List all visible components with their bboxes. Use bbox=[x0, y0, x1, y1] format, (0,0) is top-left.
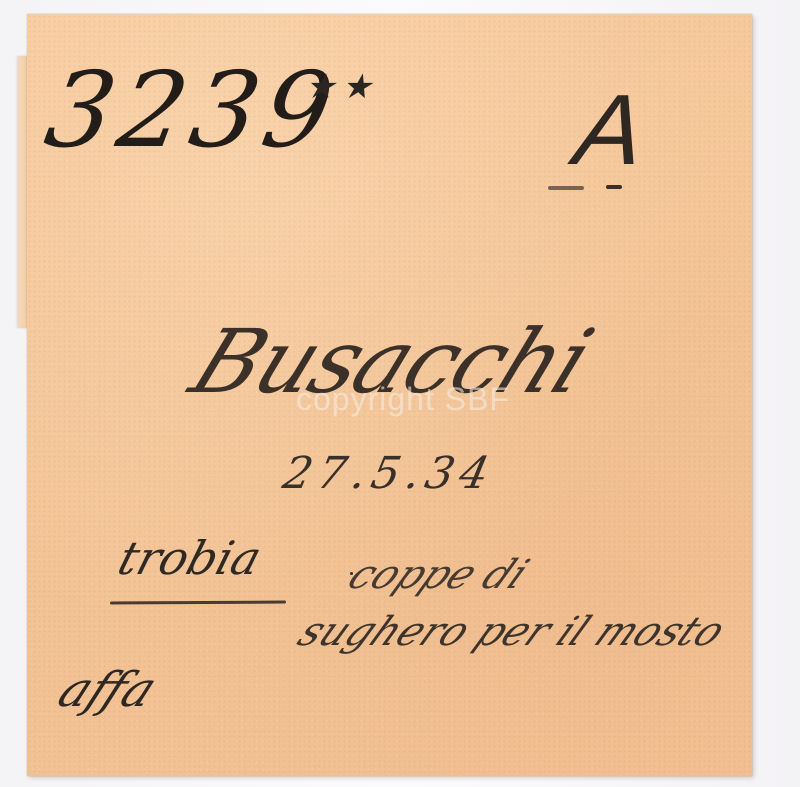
star-marks-icon: ★★ bbox=[305, 70, 378, 104]
locality-underline bbox=[110, 601, 286, 605]
grade-letter: A bbox=[562, 80, 661, 180]
note-line-2: sughero per il mosto bbox=[291, 612, 732, 652]
catalog-number: 3239 bbox=[39, 58, 346, 162]
grade-underline-mark bbox=[548, 186, 584, 190]
locality: trobia bbox=[113, 535, 266, 581]
copyright-watermark: copyright SBF bbox=[296, 381, 510, 418]
photo-backdrop: 3239 ★★ A Busacchi copyright SBF 27.5.34… bbox=[0, 0, 800, 787]
handwriting-layer: 3239 ★★ A Busacchi copyright SBF 27.5.34… bbox=[0, 0, 800, 787]
grade-underline-mark bbox=[606, 185, 622, 189]
note-line-1: coppe di bbox=[341, 555, 535, 595]
collection-date: 27.5.34 bbox=[279, 452, 498, 496]
footnote: affa bbox=[51, 666, 164, 714]
